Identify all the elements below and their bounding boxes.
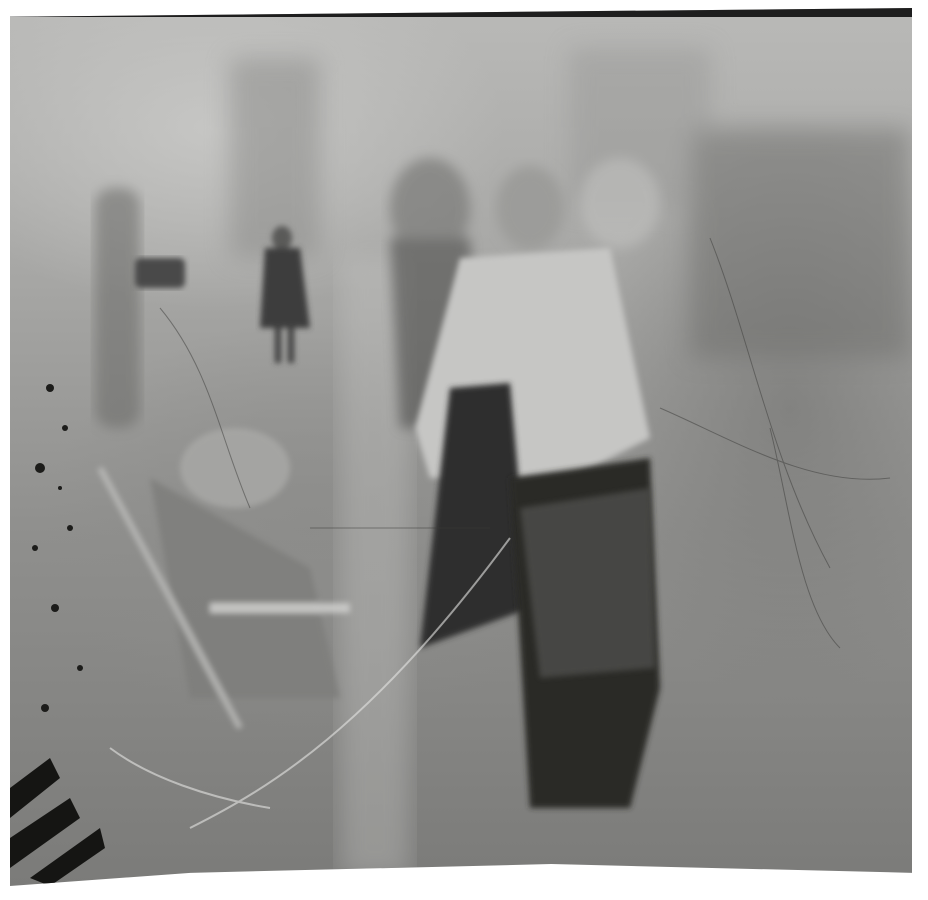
photo-scene [10, 8, 912, 886]
ghost-figure-left [95, 188, 140, 428]
vintage-photograph [10, 8, 912, 886]
dark-stripes [10, 758, 105, 886]
wicker-pram [100, 428, 350, 728]
film-spots [32, 384, 83, 712]
background-car [135, 258, 185, 288]
